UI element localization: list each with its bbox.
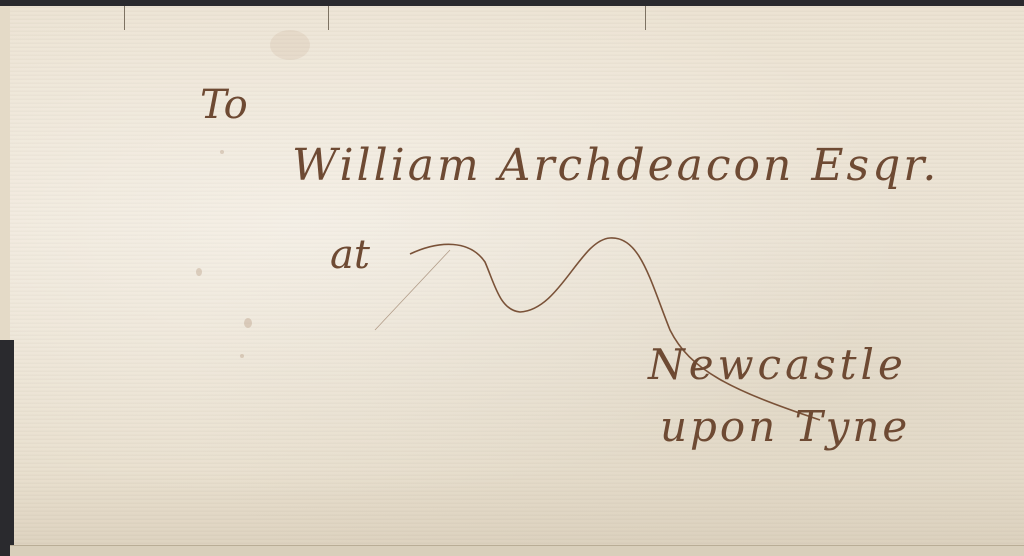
ink-spot [244,318,252,328]
preposition-text: at [330,232,370,278]
salutation-text: To [200,82,248,128]
city-line-2: upon Tyne [660,402,910,451]
paper-fold-mark [645,6,646,30]
ink-spot [240,354,244,358]
addressee-name: William Archdeacon Esqr. [292,140,939,191]
city-line-1: Newcastle [648,340,907,389]
ink-spot [196,268,202,276]
paper-left-flap [0,6,10,340]
background-edge [0,340,14,556]
paper-fold-mark [124,6,125,30]
paper-fold-mark [328,6,329,30]
letter-paper [0,6,1024,552]
paper-stain [270,30,310,60]
paper-bottom-fold [10,545,1024,556]
ink-spot [220,150,224,154]
